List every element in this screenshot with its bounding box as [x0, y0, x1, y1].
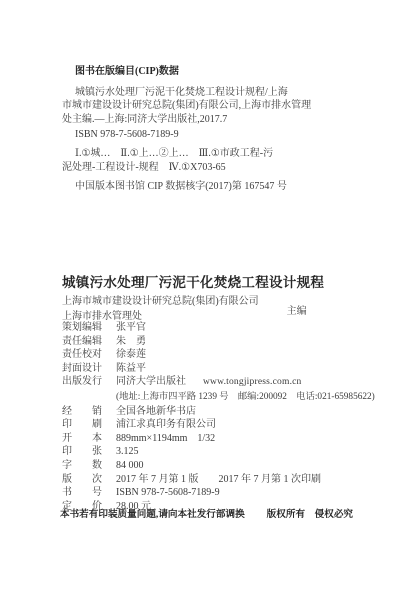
colophon-row-label: 策划编辑 — [62, 321, 103, 335]
colophon-row-value: 84 000 — [116, 460, 144, 471]
publisher-address-row: (地址:上海市四平路 1239 号 邮编:200092 电话:021-65985… — [62, 390, 375, 405]
colophon-row: 书 号ISBN 978-7-5608-7189-9 — [62, 486, 375, 500]
colophon-row-value: 浦江求真印务有限公司 — [116, 419, 216, 430]
chief-editor-row: 上海市城市建设设计研究总院(集团)有限公司 上海市排水管理处 主编 — [62, 294, 324, 324]
colophon-row: 印 刷浦江求真印务有限公司 — [62, 418, 375, 432]
colophon-block: 策划编辑张平官 责任编辑朱 勇 责任校对徐泰莲 封面设计陈益平 出版发行同济大学… — [62, 321, 375, 513]
colophon-row: 封面设计陈益平 — [62, 362, 375, 376]
colophon-row: 字 数84 000 — [62, 459, 375, 473]
isbn-line: ISBN 978-7-5608-7189-9 — [62, 128, 362, 142]
colophon-row-value: 朱 勇 — [116, 336, 146, 347]
footer-rights: 版权所有 侵权必究 — [267, 509, 353, 520]
colophon-row-label: 版 次 — [62, 473, 103, 487]
footer-notice: 本书若有印装质量问题,请向本社发行部调换 — [60, 509, 245, 520]
colophon-row: 版 次2017 年 7 月第 1 版 2017 年 7 月第 1 次印刷 — [62, 473, 375, 487]
cip-heading: 图书在版编目(CIP)数据 — [62, 65, 362, 79]
colophon-row: 责任校对徐泰莲 — [62, 348, 375, 362]
colophon-row-publisher: 出版发行同济大学出版社www.tongjipress.com.cn — [62, 375, 375, 390]
publisher-url: www.tongjipress.com.cn — [203, 377, 302, 387]
cip-description-line: 市城市建设设计研究总院(集团)有限公司,上海市排水管理 — [62, 99, 362, 113]
cip-description-line: 处主编.—上海:同济大学出版社,2017.7 — [62, 113, 362, 127]
colophon-row: 印 张3.125 — [62, 445, 375, 459]
colophon-row-value: 陈益平 — [116, 363, 146, 374]
colophon-row-label: 经 销 — [62, 405, 103, 419]
colophon-row-value: 张平官 — [116, 322, 146, 333]
colophon-row-label: 开 本 — [62, 432, 103, 446]
colophon-row-value: 3.125 — [116, 446, 139, 457]
colophon-row-label: 书 号 — [62, 486, 103, 500]
book-title: 城镇污水处理厂污泥干化焚烧工程设计规程 — [62, 271, 324, 291]
cip-description-line: 城镇污水处理厂污泥干化焚烧工程设计规程/上海 — [62, 86, 362, 100]
footer-warning: 本书若有印装质量问题,请向本社发行部调换版权所有 侵权必究 — [0, 506, 413, 520]
colophon-row-label: 封面设计 — [62, 362, 103, 376]
chief-editor-label: 主编 — [287, 302, 307, 317]
colophon-row-value: 889mm×1194mm 1/32 — [116, 433, 215, 444]
colophon-row: 责任编辑朱 勇 — [62, 335, 375, 349]
colophon-row-label: 印 张 — [62, 445, 103, 459]
colophon-row: 经 销全国各地新华书店 — [62, 405, 375, 419]
cip-classification-line: Ⅰ.①城… Ⅱ.①上…②上… Ⅲ.①市政工程-污 — [62, 147, 362, 161]
colophon-row-label: 责任编辑 — [62, 335, 103, 349]
colophon-row-value: 全国各地新华书店 — [116, 406, 196, 417]
book-copyright-page: 图书在版编目(CIP)数据 城镇污水处理厂污泥干化焚烧工程设计规程/上海 市城市… — [0, 0, 413, 592]
colophon-row: 策划编辑张平官 — [62, 321, 375, 335]
colophon-row-label: 责任校对 — [62, 348, 103, 362]
publisher-org-line: 上海市城市建设设计研究总院(集团)有限公司 — [62, 294, 259, 309]
colophon-row: 开 本889mm×1194mm 1/32 — [62, 432, 375, 446]
colophon-row-value: 2017 年 7 月第 1 版 2017 年 7 月第 1 次印刷 — [116, 474, 321, 485]
colophon-row-label: 出版发行 — [62, 375, 103, 389]
publisher-address-line: (地址:上海市四平路 1239 号 邮编:200092 电话:021-65985… — [116, 392, 375, 402]
cip-block: 图书在版编目(CIP)数据 城镇污水处理厂污泥干化焚烧工程设计规程/上海 市城市… — [62, 65, 362, 194]
colophon-row-value: 同济大学出版社 — [116, 376, 186, 387]
colophon-row-label: 字 数 — [62, 459, 103, 473]
title-block: 城镇污水处理厂污泥干化焚烧工程设计规程 上海市城市建设设计研究总院(集团)有限公… — [62, 271, 324, 324]
cip-record-line: 中国版本图书馆 CIP 数据核字(2017)第 167547 号 — [62, 180, 362, 194]
colophon-row-value: 徐泰莲 — [116, 349, 146, 360]
cip-classification-line: 泥处理-工程设计-规程 Ⅳ.①X703-65 — [62, 161, 362, 175]
colophon-row-value: ISBN 978-7-5608-7189-9 — [116, 487, 220, 498]
colophon-row-label: 印 刷 — [62, 418, 103, 432]
